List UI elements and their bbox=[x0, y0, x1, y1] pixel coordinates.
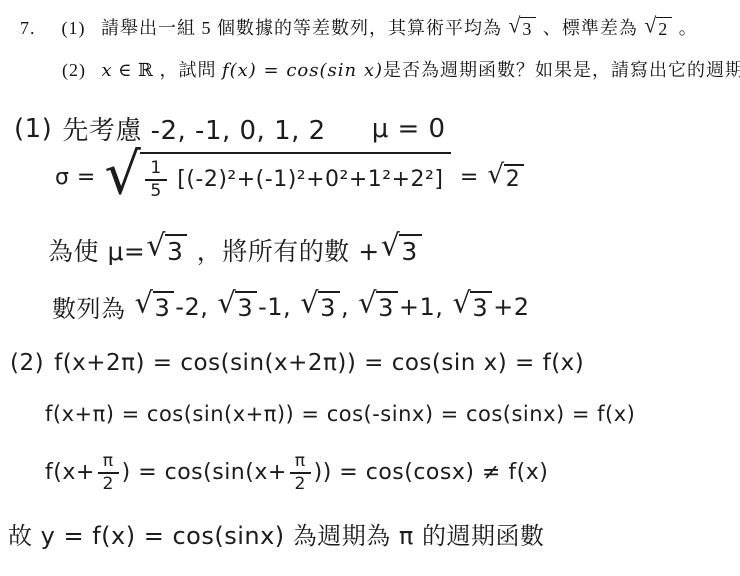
text-run: = bbox=[452, 165, 486, 190]
text-run: 3 bbox=[378, 294, 394, 322]
radicand: 3 bbox=[235, 291, 257, 322]
text-run: +2 bbox=[493, 293, 529, 321]
radical-sign: √ bbox=[358, 289, 377, 318]
text-run: 請舉出一組 5 個數據的等差數列，其算術平均為 bbox=[101, 18, 508, 38]
text-run: f(x+ bbox=[45, 460, 95, 485]
text-run: ，將所有的數 + bbox=[188, 232, 379, 268]
text-run: 數列為 bbox=[52, 289, 134, 324]
radical: √3 bbox=[452, 291, 492, 322]
solution-part1-consider-line: (1) 先考慮 -2, -1, 0, 1, 2 μ = 0 bbox=[14, 110, 446, 147]
text-run: f(x+2π) = cos(sin(x+2π)) = cos(sin x) = … bbox=[54, 350, 584, 376]
text-run: 3 bbox=[472, 294, 488, 322]
solution-part2-check-2pi-line: (2) f(x+2π) = cos(sin(x+2π)) = cos(sin x… bbox=[10, 350, 584, 376]
part2-label: (2) bbox=[62, 60, 86, 80]
part2-text: x ∈ ℝ ，試問 f(x) = cos(sin x)是否為週期函數？如果是，請… bbox=[102, 60, 740, 80]
radicand: 3 bbox=[520, 17, 536, 40]
radical-sign: √ bbox=[104, 150, 141, 201]
radical: √3 bbox=[509, 17, 537, 40]
radicand: 3 bbox=[318, 291, 340, 322]
text-run: 3 bbox=[522, 19, 532, 40]
radicand: 2 bbox=[656, 17, 672, 40]
radical-sign: √ bbox=[452, 289, 471, 318]
denominator: 5 bbox=[145, 181, 166, 201]
period-2pi-equation: f(x+2π) = cos(sin(x+2π)) = cos(sin x) = … bbox=[54, 350, 584, 376]
radicand: 3 bbox=[153, 291, 175, 322]
numerator: 1 bbox=[145, 159, 166, 181]
radical: √3 bbox=[146, 234, 187, 266]
solution-part1-shift-line: 為使 μ=√3 ，將所有的數 +√3 bbox=[48, 232, 423, 268]
text-run: f(x+π) = cos(sin(x+π)) = cos(-sinx) = co… bbox=[45, 402, 635, 426]
radical: √15 [(-2)²+(-1)²+0²+1²+2²] bbox=[104, 152, 451, 203]
radicand: 3 bbox=[165, 234, 187, 266]
text-run: σ = bbox=[55, 165, 103, 190]
radical-sign: √ bbox=[217, 289, 236, 318]
radical: √2 bbox=[487, 164, 524, 192]
radical-sign: √ bbox=[381, 232, 401, 262]
fraction: π2 bbox=[98, 452, 119, 494]
text-run: 3 bbox=[237, 294, 253, 322]
text-run: 3 bbox=[320, 294, 336, 322]
text-run: , bbox=[341, 293, 357, 321]
text-run: 、標準差為 bbox=[537, 18, 643, 38]
problem-line-2: (2) x ∈ ℝ ，試問 f(x) = cos(sin x)是否為週期函數？如… bbox=[62, 56, 740, 82]
radical: √2 bbox=[644, 17, 672, 40]
radicand: 3 bbox=[399, 234, 421, 266]
text-run: 2 bbox=[658, 19, 668, 40]
solution-part2-check-half-pi-line: f(x+π2) = cos(sin(x+π2)) = cos(cosx) ≠ f… bbox=[45, 452, 548, 494]
solution-part1-final-sequence: 數列為 √3-2, √3-1, √3, √3+1, √3+2 bbox=[52, 289, 530, 324]
radicand: 3 bbox=[470, 291, 492, 322]
text-run: 2 bbox=[506, 167, 521, 192]
problem-line-1: 7. (1) 請舉出一組 5 個數據的等差數列，其算術平均為 √3 、標準差為 … bbox=[20, 14, 698, 40]
text-run: 3 bbox=[155, 294, 171, 322]
text-run: ) = cos(sin(x+ bbox=[122, 460, 287, 485]
fraction: π2 bbox=[290, 452, 311, 494]
radical-sign: √ bbox=[487, 162, 504, 188]
text-run: 。 bbox=[673, 18, 698, 38]
text-run: 為使 μ= bbox=[48, 232, 145, 268]
solution-part1-sigma-equation: σ = √15 [(-2)²+(-1)²+0²+1²+2²] = √2 bbox=[55, 152, 525, 203]
text-run: 3 bbox=[401, 237, 417, 266]
radical: √3 bbox=[381, 234, 422, 266]
worksheet-page: 7. (1) 請舉出一組 5 個數據的等差數列，其算術平均為 √3 、標準差為 … bbox=[0, 0, 740, 576]
question-number: 7. bbox=[20, 18, 56, 39]
math-text: f(x) = cos(sin x) bbox=[222, 60, 383, 81]
mean-note: μ = 0 bbox=[372, 114, 446, 144]
radicand: 3 bbox=[376, 291, 398, 322]
text-run: 故 y = f(x) = cos(sinx) 為週期為 π 的週期函數 bbox=[8, 516, 544, 551]
text-run: ∈ ℝ ，試問 bbox=[113, 60, 222, 80]
solution-part1-label: (1) bbox=[14, 114, 52, 144]
radicand: 15 [(-2)²+(-1)²+0²+1²+2²] bbox=[140, 152, 451, 203]
radical-sign: √ bbox=[300, 289, 319, 318]
solution-part2-label: (2) bbox=[10, 350, 44, 376]
text-run: [(-2)²+(-1)²+0²+1²+2²] bbox=[170, 167, 444, 192]
text-run: +1, bbox=[399, 293, 452, 321]
radicand: 2 bbox=[504, 164, 525, 192]
part1-label: (1) bbox=[62, 18, 86, 38]
numerator: π bbox=[98, 452, 119, 474]
solution-conclusion-line: 故 y = f(x) = cos(sinx) 為週期為 π 的週期函數 bbox=[8, 516, 544, 551]
text-run: -1, bbox=[258, 293, 299, 321]
radical: √3 bbox=[135, 291, 175, 322]
radical-sign: √ bbox=[509, 15, 522, 37]
part1-text: 請舉出一組 5 個數據的等差數列，其算術平均為 √3 、標準差為 √2 。 bbox=[101, 18, 698, 38]
radical: √3 bbox=[358, 291, 398, 322]
text-run: 是否為週期函數？如果是，請寫出它的週期。 bbox=[383, 60, 740, 80]
text-run: μ = 0 bbox=[372, 114, 446, 144]
numerator: π bbox=[290, 452, 311, 474]
consider-sequence: 先考慮 -2, -1, 0, 1, 2 bbox=[62, 110, 325, 147]
text-run: 3 bbox=[167, 237, 183, 266]
solution-part2-check-pi-line: f(x+π) = cos(sin(x+π)) = cos(-sinx) = co… bbox=[45, 402, 635, 426]
radical: √3 bbox=[300, 291, 340, 322]
radical-sign: √ bbox=[644, 15, 657, 37]
radical: √3 bbox=[217, 291, 257, 322]
text-run: -2, bbox=[175, 293, 216, 321]
text-run: 先考慮 -2, -1, 0, 1, 2 bbox=[62, 116, 325, 146]
math-text: x bbox=[102, 60, 113, 81]
denominator: 2 bbox=[98, 474, 119, 494]
fraction: 15 bbox=[145, 159, 166, 201]
denominator: 2 bbox=[290, 474, 311, 494]
radical-sign: √ bbox=[146, 232, 166, 262]
text-run: )) = cos(cosx) ≠ f(x) bbox=[314, 460, 549, 485]
radical-sign: √ bbox=[135, 289, 154, 318]
